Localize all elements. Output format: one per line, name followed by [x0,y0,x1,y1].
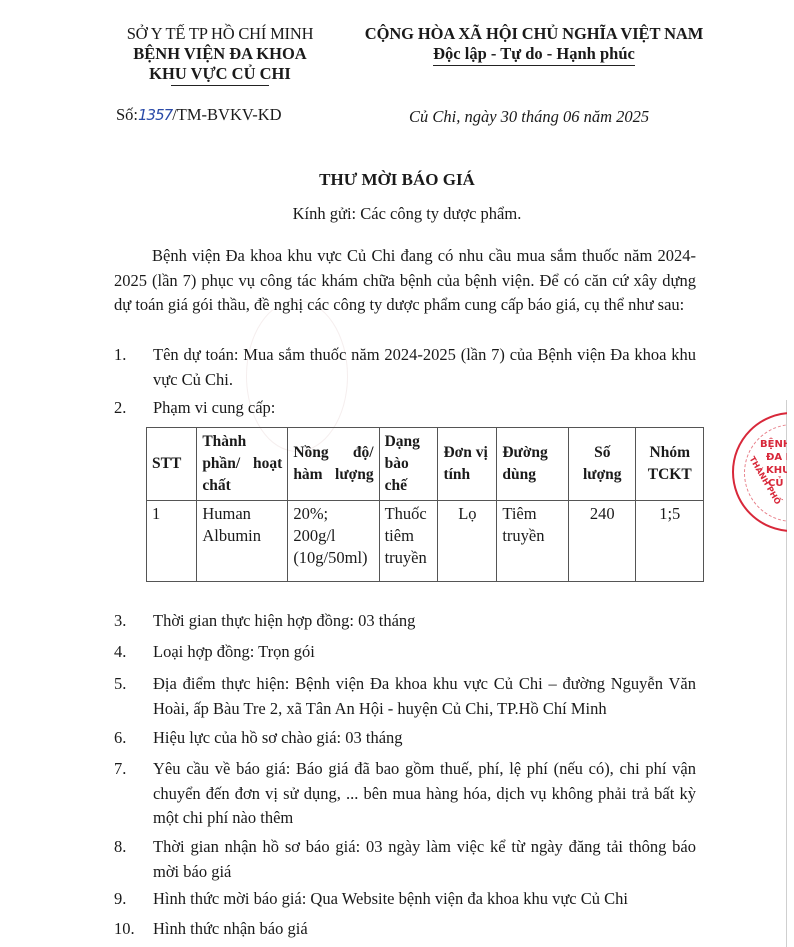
scope-table: STT Thành phần/ hoạt chất Nồng độ/ hàm l… [146,427,704,582]
list-item-text: Phạm vi cung cấp: [153,396,696,421]
col-header-unit: Đơn vị tính [438,428,497,501]
motto: Độc lập - Tự do - Hạnh phúc [433,44,635,66]
document-number: Số:1357/TM-BVKV-KD [116,105,282,125]
document-page: SỞ Y TẾ TP HỒ CHÍ MINH BỆNH VIỆN ĐA KHOA… [0,0,794,947]
list-item-number: 7. [114,757,144,782]
list-item-number: 10. [114,917,144,942]
national-motto-block: CỘNG HÒA XÃ HỘI CHỦ NGHĨA VIỆT NAM Độc l… [346,24,722,66]
doc-number-suffix: /TM-BVKV-KD [172,105,281,124]
list-item-number: 2. [114,396,144,421]
list-item-number: 9. [114,887,144,912]
cell-route: Tiêm truyền [497,501,569,582]
list-item-number: 5. [114,672,144,697]
list-item-number: 1. [114,343,144,368]
cell-quantity: 240 [569,501,636,582]
issuer-hospital: BỆNH VIỆN ĐA KHOA [100,44,340,64]
list-item-number: 6. [114,726,144,751]
place-date: Củ Chi, ngày 30 tháng 06 năm 2025 [409,107,649,127]
list-item: 9. Hình thức mời báo giá: Qua Website bệ… [114,887,696,912]
col-header-route: Đường dùng [497,428,569,501]
list-item-number: 3. [114,609,144,634]
cell-ingredient: Human Albumin [197,501,288,582]
cell-unit: Lọ [438,501,497,582]
doc-number-handwritten: 1357 [138,106,172,124]
list-item-number: 8. [114,835,144,860]
list-item: 2. Phạm vi cung cấp: [114,396,696,421]
cell-concentration: 20%; 200g/l (10g/50ml) [288,501,379,582]
list-item: 1. Tên dự toán: Mua sắm thuốc năm 2024-2… [114,343,696,392]
document-title: THƯ MỜI BÁO GIÁ [0,170,794,190]
list-item: 5. Địa điểm thực hiện: Bệnh viện Đa khoa… [114,672,696,721]
issuer-underline [171,85,269,86]
country-name: CỘNG HÒA XÃ HỘI CHỦ NGHĨA VIỆT NAM [346,24,722,44]
greeting: Kính gửi: Các công ty dược phẩm. [0,204,794,224]
cell-group: 1;5 [636,501,704,582]
list-item-text: Hiệu lực của hồ sơ chào giá: 03 tháng [153,726,696,751]
official-seal-stamp: BỆNH ĐA K KHU CỦ THÀNH PHỐ [732,412,794,532]
col-header-group: Nhóm TCKT [636,428,704,501]
list-item-text: Thời gian thực hiện hợp đồng: 03 tháng [153,609,696,634]
list-item: 4. Loại hợp đồng: Trọn gói [114,640,696,665]
col-header-concentration: Nồng độ/ hàm lượng [288,428,379,501]
cell-stt: 1 [147,501,197,582]
list-item-text: Loại hợp đồng: Trọn gói [153,640,696,665]
list-item-text: Địa điểm thực hiện: Bệnh viện Đa khoa kh… [153,672,696,721]
col-header-stt: STT [147,428,197,501]
list-item-number: 4. [114,640,144,665]
table-row: 1 Human Albumin 20%; 200g/l (10g/50ml) T… [147,501,704,582]
list-item: 8. Thời gian nhận hồ sơ báo giá: 03 ngày… [114,835,696,884]
page-right-margin [787,400,794,550]
list-item-text: Hình thức nhận báo giá [153,917,696,942]
doc-number-prefix: Số: [116,105,138,124]
col-header-quantity: Số lượng [569,428,636,501]
list-item: 3. Thời gian thực hiện hợp đồng: 03 thán… [114,609,696,634]
list-item-text: Hình thức mời báo giá: Qua Website bệnh … [153,887,696,912]
list-item-text: Yêu cầu về báo giá: Báo giá đã bao gồm t… [153,757,696,831]
col-header-ingredient: Thành phần/ hoạt chất [197,428,288,501]
intro-paragraph: Bệnh viện Đa khoa khu vực Củ Chi đang có… [114,244,696,318]
issuer-department: SỞ Y TẾ TP HỒ CHÍ MINH [100,24,340,44]
list-item: 6. Hiệu lực của hồ sơ chào giá: 03 tháng [114,726,696,751]
table-header-row: STT Thành phần/ hoạt chất Nồng độ/ hàm l… [147,428,704,501]
list-item-text: Thời gian nhận hồ sơ báo giá: 03 ngày là… [153,835,696,884]
cell-dosage-form: Thuốc tiêm truyền [379,501,438,582]
col-header-dosage-form: Dạng bào chế [379,428,438,501]
issuer-block: SỞ Y TẾ TP HỒ CHÍ MINH BỆNH VIỆN ĐA KHOA… [100,24,340,86]
list-item: 10. Hình thức nhận báo giá [114,917,696,942]
list-item-text: Tên dự toán: Mua sắm thuốc năm 2024-2025… [153,343,696,392]
issuer-area: KHU VỰC CỦ CHI [100,64,340,84]
list-item: 7. Yêu cầu về báo giá: Báo giá đã bao gồ… [114,757,696,831]
